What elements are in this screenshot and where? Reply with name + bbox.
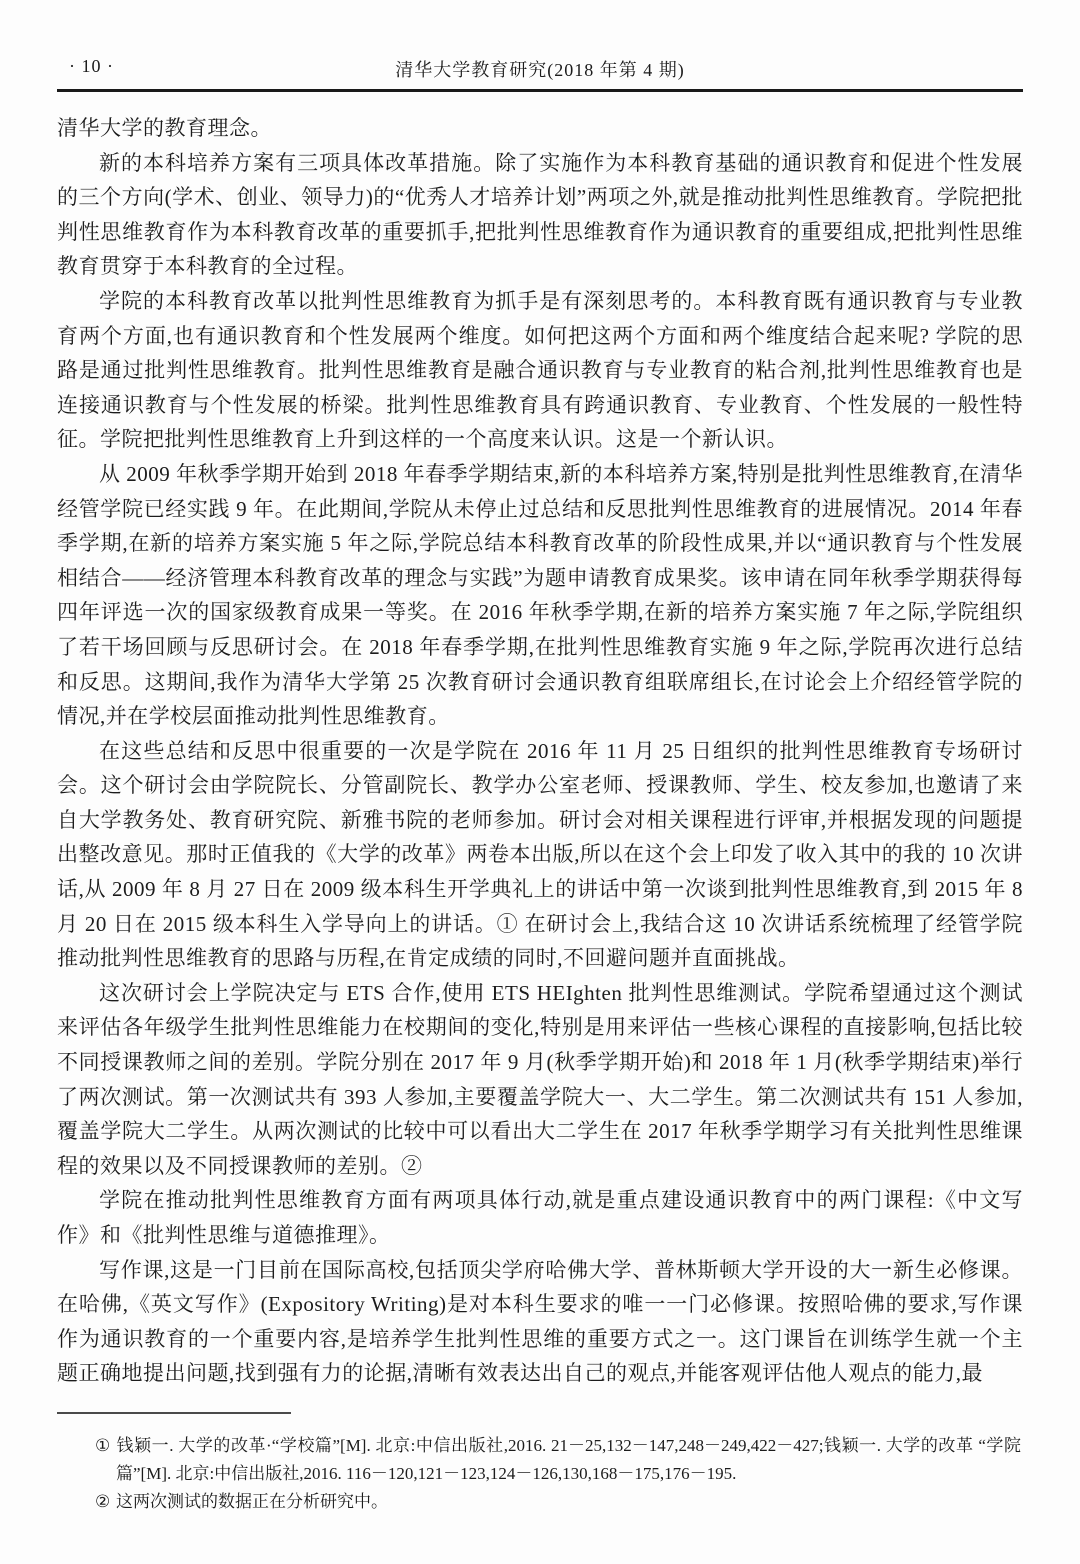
article-body: 清华大学的教育理念。 新的本科培养方案有三项具体改革措施。除了实施作为本科教育基… [57, 111, 1023, 1391]
journal-title: 清华大学教育研究(2018 年第 4 期) [57, 56, 1023, 82]
paragraph: 学院的本科教育改革以批判性思维教育为抓手是有深刻思考的。本科教育既有通识教育与专… [57, 284, 1023, 457]
page-header: · 10 · 清华大学教育研究(2018 年第 4 期) [57, 56, 1023, 82]
header-divider [57, 89, 1023, 92]
footnote-text: 钱颖一. 大学的改革·“学校篇”[M]. 北京:中信出版社,2016. 21－2… [116, 1436, 1021, 1483]
paragraph: 新的本科培养方案有三项具体改革措施。除了实施作为本科教育基础的通识教育和促进个性… [57, 146, 1023, 284]
paragraph-continuation: 清华大学的教育理念。 [57, 111, 1023, 146]
page-number: · 10 · [69, 56, 114, 77]
footnote-marker: ② [95, 1488, 116, 1516]
paragraph: 写作课,这是一门目前在国际高校,包括顶尖学府哈佛大学、普林斯顿大学开设的大一新生… [57, 1253, 1023, 1391]
footnote-divider [57, 1412, 291, 1414]
paragraph: 这次研讨会上学院决定与 ETS 合作,使用 ETS HEIghten 批判性思维… [57, 976, 1023, 1184]
footnote: ①钱颖一. 大学的改革·“学校篇”[M]. 北京:中信出版社,2016. 21－… [95, 1432, 1021, 1488]
journal-page: · 10 · 清华大学教育研究(2018 年第 4 期) 清华大学的教育理念。 … [0, 0, 1080, 1564]
footnote-text: 这两次测试的数据正在分析研究中。 [116, 1492, 388, 1511]
footnote: ②这两次测试的数据正在分析研究中。 [95, 1488, 1021, 1516]
paragraph: 从 2009 年秋季学期开始到 2018 年春季学期结束,新的本科培养方案,特别… [57, 457, 1023, 734]
footnotes-section: ①钱颖一. 大学的改革·“学校篇”[M]. 北京:中信出版社,2016. 21－… [95, 1432, 1021, 1516]
paragraph: 在这些总结和反思中很重要的一次是学院在 2016 年 11 月 25 日组织的批… [57, 734, 1023, 976]
paragraph: 学院在推动批判性思维教育方面有两项具体行动,就是重点建设通识教育中的两门课程:《… [57, 1183, 1023, 1252]
footnote-marker: ① [95, 1432, 116, 1460]
